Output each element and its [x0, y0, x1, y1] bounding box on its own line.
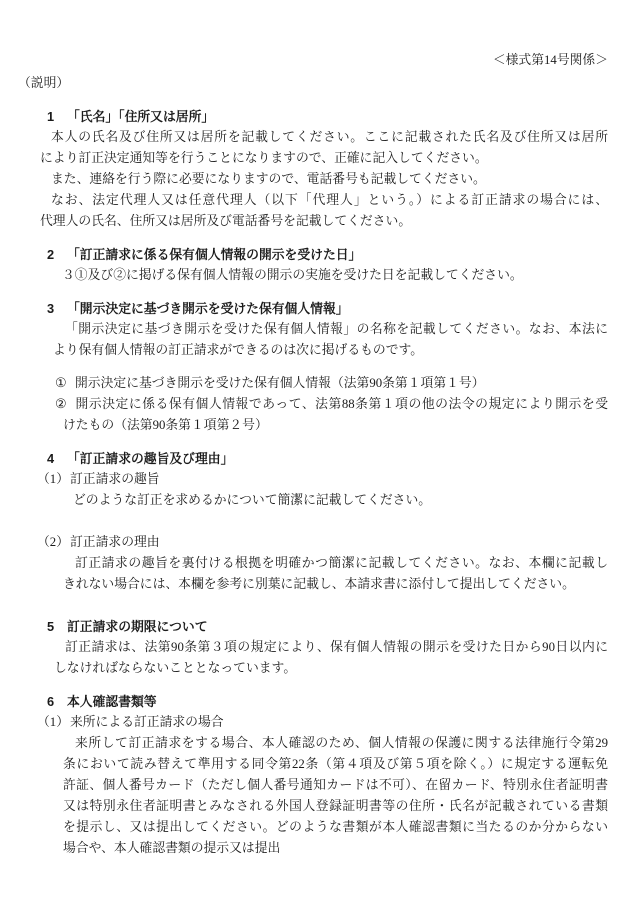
section-heading: 4「訂正請求の趣旨及び理由」	[47, 448, 608, 469]
item-marker: ①	[55, 373, 75, 394]
section-2: 2「訂正請求に係る保有個人情報の開示を受けた日」 ３①及び②に掲げる保有個人情報…	[0, 244, 630, 286]
text-line: どのような訂正を求めるかについて簡潔に記載してください。	[73, 490, 608, 511]
subsection-marker: （1）	[37, 469, 70, 490]
subsection-title: 来所による訂正請求の場合	[70, 715, 224, 729]
section-number: 5	[47, 616, 67, 637]
text-line: けたもの（法第90条第１項第２号）	[63, 415, 608, 436]
section-number: 4	[47, 448, 67, 469]
doc-label: （説明）	[18, 73, 608, 94]
text-line: 本人の氏名及び住所又は居所を記載してください。ここに記載された氏名及び住所又は居…	[51, 127, 608, 148]
text-line: 代理人の氏名、住所又は居所及び電話番号を記載してください。	[40, 211, 608, 232]
subsection-title: 訂正請求の理由	[70, 535, 160, 549]
section-number: 1	[47, 106, 67, 127]
text-line: 条において読み替えて準用する同令第22条（第４項及び第５項を除く。）に規定する運…	[63, 754, 608, 775]
list-item: ②開示決定に係る保有個人情報であって、法第88条第１項の他の法令の規定により開示…	[55, 394, 608, 415]
text-line: 来所して訂正請求をする場合、本人確認のため、個人情報の保護に関する法律施行令第2…	[75, 733, 608, 754]
text-line: しなければならないこととなっています。	[54, 658, 608, 679]
section-title: 「訂正請求に係る保有個人情報の開示を受けた日」	[67, 247, 361, 262]
section-heading: 6本人確認書類等	[47, 691, 608, 712]
section-title: 訂正請求の期限について	[67, 619, 208, 634]
text-line: 許証、個人番号カード（ただし個人番号通知カードは不可）、在留カード、特別永住者証…	[63, 775, 608, 796]
subsection-marker: （2）	[37, 532, 70, 553]
section-number: 2	[47, 244, 67, 265]
document-page: ＜様式第14号関係＞ （説明） 1「氏名」「住所又は居所」 本人の氏名及び住所又…	[0, 0, 630, 903]
text-line: 「開示決定に基づき開示を受けた保有個人情報」の名称を記載してください。なお、本法…	[65, 319, 608, 340]
section-title: 「氏名」「住所又は居所」	[67, 109, 214, 124]
text-line: きれない場合には、本欄を参考に別葉に記載し、本請求書に添付して提出してください。	[63, 574, 608, 595]
section-3: 3「開示決定に基づき開示を受けた保有個人情報」 「開示決定に基づき開示を受けた保…	[0, 298, 630, 436]
item-text: 開示決定に基づき開示を受けた保有個人情報（法第90条第１項第１号）	[75, 376, 485, 390]
text-line: 場合や、本人確認書類の提示又は提出	[63, 838, 608, 859]
text-line: 又は特別永住者証明書とみなされる外国人登録証明書等の住所・氏名が記載されている書…	[63, 796, 608, 817]
text-line: により訂正決定通知等を行うことになりますので、正確に記入してください。	[40, 148, 608, 169]
item-text: 開示決定に係る保有個人情報であって、法第88条第１項の他の法令の規定により開示を…	[75, 397, 608, 411]
section-heading: 2「訂正請求に係る保有個人情報の開示を受けた日」	[47, 244, 608, 265]
subsection-heading: （2）訂正請求の理由	[37, 532, 608, 553]
section-heading: 3「開示決定に基づき開示を受けた保有個人情報」	[47, 298, 608, 319]
section-heading: 1「氏名」「住所又は居所」	[47, 106, 608, 127]
section-1: 1「氏名」「住所又は居所」 本人の氏名及び住所又は居所を記載してください。ここに…	[0, 106, 630, 232]
section-number: 6	[47, 691, 67, 712]
list-item: ①開示決定に基づき開示を受けた保有個人情報（法第90条第１項第１号）	[55, 373, 608, 394]
section-title: 本人確認書類等	[67, 694, 157, 709]
text-line: ３①及び②に掲げる保有個人情報の開示の実施を受けた日を記載してください。	[62, 265, 608, 286]
section-6: 6本人確認書類等 （1）来所による訂正請求の場合 来所して訂正請求をする場合、本…	[0, 691, 630, 859]
text-line: 訂正請求の趣旨を裏付ける根拠を明確かつ簡潔に記載してください。なお、本欄に記載し	[75, 553, 608, 574]
section-title: 「訂正請求の趣旨及び理由」	[67, 451, 233, 466]
item-marker: ②	[55, 394, 75, 415]
text-line: なお、法定代理人又は任意代理人（以下「代理人」という。）による訂正請求の場合には…	[51, 190, 608, 211]
subsection-heading: （1）来所による訂正請求の場合	[37, 712, 608, 733]
subsection-title: 訂正請求の趣旨	[70, 472, 160, 486]
section-heading: 5訂正請求の期限について	[47, 616, 608, 637]
text-line: 訂正請求は、法第90条第３項の規定により、保有個人情報の開示を受けた日から90日…	[65, 637, 608, 658]
section-5: 5訂正請求の期限について 訂正請求は、法第90条第３項の規定により、保有個人情報…	[0, 616, 630, 679]
section-number: 3	[47, 298, 67, 319]
corner-note: ＜様式第14号関係＞	[0, 50, 608, 71]
text-line: より保有個人情報の訂正請求ができるのは次に掲げるものです。	[53, 340, 608, 361]
text-line: を提示し、又は提出してください。どのような書類が本人確認書類に当たるのか分からな…	[63, 817, 608, 838]
subsection-marker: （1）	[37, 712, 70, 733]
section-title: 「開示決定に基づき開示を受けた保有個人情報」	[67, 301, 349, 316]
text-line: また、連絡を行う際に必要になりますので、電話番号も記載してください。	[51, 169, 608, 190]
section-4: 4「訂正請求の趣旨及び理由」 （1）訂正請求の趣旨 どのような訂正を求めるかにつ…	[0, 448, 630, 595]
subsection-heading: （1）訂正請求の趣旨	[37, 469, 608, 490]
